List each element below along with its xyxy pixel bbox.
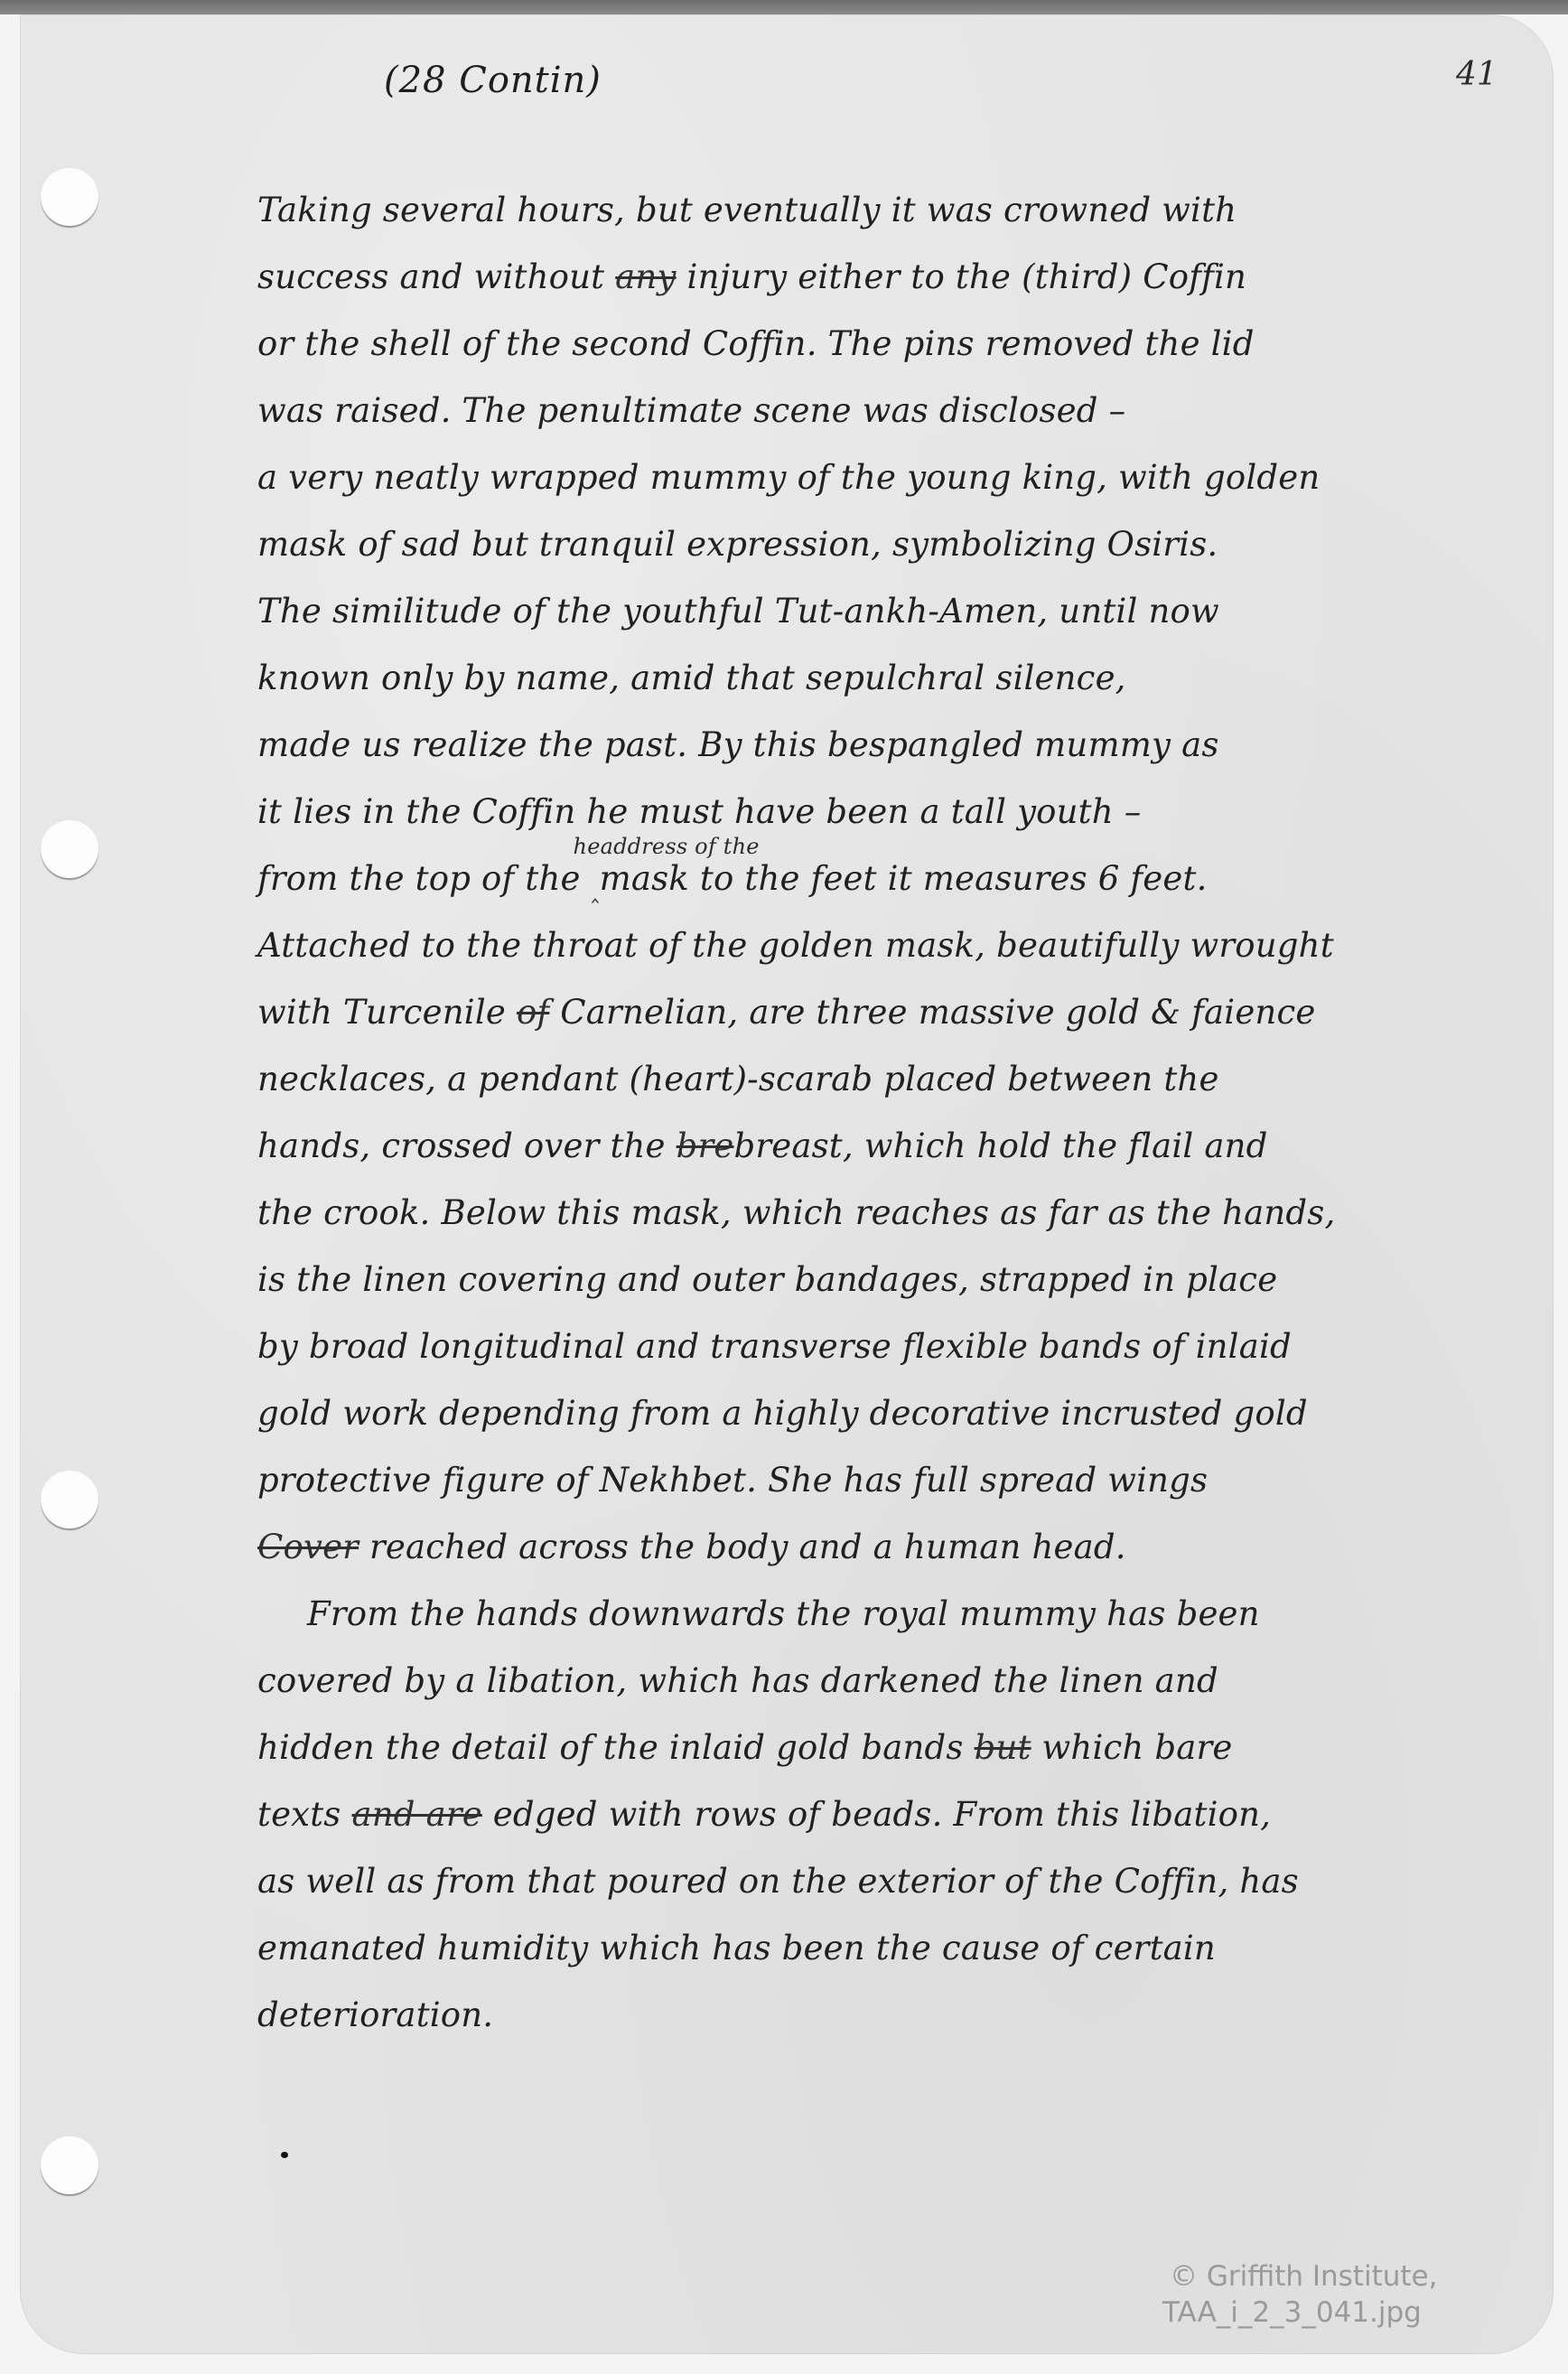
text-segment: breast, which hold the flail and xyxy=(733,1126,1267,1165)
struck-text: Cover xyxy=(257,1528,359,1566)
interlinear-insertion: headdress of the xyxy=(574,836,760,857)
text-segment: made us realize the past. By this bespan… xyxy=(257,725,1219,764)
text-segment: success and without xyxy=(257,257,615,296)
text-segment: gold work depending from a highly decora… xyxy=(257,1394,1308,1433)
text-segment: The similitude of the youthful Tut-ankh-… xyxy=(257,592,1219,631)
text-segment: Taking several hours, but eventually it … xyxy=(257,191,1237,229)
text-segment: hidden the detail of the inlaid gold ban… xyxy=(257,1728,975,1767)
text-segment: which bare xyxy=(1031,1728,1233,1767)
text-line: From the hands downwards the royal mummy… xyxy=(257,1581,1486,1648)
text-segment: texts xyxy=(257,1795,351,1834)
text-line: was raised. The penultimate scene was di… xyxy=(257,378,1486,444)
scan-top-band xyxy=(0,0,1568,14)
handwritten-body-text: Taking several hours, but eventually it … xyxy=(257,177,1486,2049)
text-segment: deterioration. xyxy=(257,1995,493,2034)
page-number: 41 xyxy=(1456,56,1498,93)
text-line: protective figure of Nekhbet. She has fu… xyxy=(257,1447,1486,1514)
text-line: hidden the detail of the inlaid gold ban… xyxy=(257,1715,1486,1781)
struck-text: but xyxy=(975,1728,1031,1767)
continuation-note: (28 Contin) xyxy=(384,60,602,101)
text-segment: or the shell of the second Coffin. The p… xyxy=(257,324,1255,363)
text-line: Cover reached across the body and a huma… xyxy=(257,1514,1486,1581)
text-segment: from the top of the xyxy=(257,859,592,898)
text-line: necklaces, a pendant (heart)-scarab plac… xyxy=(257,1046,1486,1113)
text-line: mask of sad but tranquil expression, sym… xyxy=(257,511,1486,578)
text-line: the crook. Below this mask, which reache… xyxy=(257,1180,1486,1247)
punch-hole xyxy=(41,168,98,226)
text-line: deterioration. xyxy=(257,1982,1486,2049)
struck-text: any xyxy=(615,257,676,296)
text-segment: hands, crossed over the xyxy=(257,1126,677,1165)
text-segment: edged with rows of beads. From this liba… xyxy=(482,1795,1271,1834)
text-line: gold work depending from a highly decora… xyxy=(257,1380,1486,1447)
text-segment: Carnelian, are three massive gold & faie… xyxy=(549,993,1315,1032)
text-segment: emanated humidity which has been the cau… xyxy=(257,1929,1216,1967)
text-line: The similitude of the youthful Tut-ankh-… xyxy=(257,578,1486,645)
text-line: or the shell of the second Coffin. The p… xyxy=(257,311,1486,378)
text-segment: known only by name, amid that sepulchral… xyxy=(257,659,1126,697)
text-line: made us realize the past. By this bespan… xyxy=(257,712,1486,779)
struck-text: bre xyxy=(677,1126,734,1165)
text-segment: injury either to the (third) Coffin xyxy=(677,257,1247,296)
text-segment xyxy=(506,993,517,1032)
text-line: texts and are edged with rows of beads. … xyxy=(257,1781,1486,1848)
text-segment: by broad longitudinal and transverse fle… xyxy=(257,1327,1292,1366)
struck-text: of xyxy=(517,993,549,1032)
text-segment: Attached to the throat of the golden mas… xyxy=(257,926,1334,965)
text-line: as well as from that poured on the exter… xyxy=(257,1848,1486,1915)
text-segment: Turcenile xyxy=(343,993,506,1032)
text-segment: it lies in the Coffin he must have been … xyxy=(257,792,1141,831)
text-segment: protective figure of Nekhbet. She has fu… xyxy=(257,1461,1208,1500)
text-line: Attached to the throat of the golden mas… xyxy=(257,912,1486,979)
text-line: emanated humidity which has been the cau… xyxy=(257,1915,1486,1982)
struck-text: and are xyxy=(351,1795,481,1834)
text-line: from the top of the ‸headdress of themas… xyxy=(257,846,1486,912)
text-line: it lies in the Coffin he must have been … xyxy=(257,779,1486,846)
text-segment: a very neatly wrapped mummy of the young… xyxy=(257,458,1320,497)
text-line: is the linen covering and outer bandages… xyxy=(257,1247,1486,1313)
copyright-line: © Griffith Institute, xyxy=(1162,2258,1437,2295)
text-segment: necklaces, a pendant (heart)-scarab plac… xyxy=(257,1060,1219,1098)
text-segment: the crook. Below this mask, which reache… xyxy=(257,1193,1335,1232)
punch-hole xyxy=(41,2136,98,2194)
text-line: a very neatly wrapped mummy of the young… xyxy=(257,444,1486,511)
ink-spot xyxy=(281,2152,288,2158)
text-segment: From the hands downwards the royal mummy… xyxy=(307,1594,1260,1633)
inserted-word-anchor: ‸headdress of themask xyxy=(592,859,689,898)
text-segment: reached across the body and a human head… xyxy=(359,1528,1126,1566)
text-segment: with xyxy=(257,993,343,1032)
copyright-watermark: © Griffith Institute, TAA_i_2_3_041.jpg xyxy=(1162,2258,1437,2331)
text-segment: is the linen covering and outer bandages… xyxy=(257,1260,1277,1299)
text-line: known only by name, amid that sepulchral… xyxy=(257,645,1486,712)
text-segment: as well as from that poured on the exter… xyxy=(257,1862,1299,1901)
text-segment: was raised. The penultimate scene was di… xyxy=(257,391,1125,430)
text-line: hands, crossed over the brebreast, which… xyxy=(257,1113,1486,1180)
text-line: Taking several hours, but eventually it … xyxy=(257,177,1486,244)
text-segment: covered by a libation, which has darkene… xyxy=(257,1661,1218,1700)
text-line: with Turcenile of Carnelian, are three m… xyxy=(257,979,1486,1046)
text-line: covered by a libation, which has darkene… xyxy=(257,1648,1486,1715)
text-segment: to the feet it measures 6 feet. xyxy=(689,859,1208,898)
text-line: by broad longitudinal and transverse fle… xyxy=(257,1313,1486,1380)
text-line: success and without any injury either to… xyxy=(257,244,1486,311)
file-name-line: TAA_i_2_3_041.jpg xyxy=(1162,2295,1437,2331)
punch-hole xyxy=(41,820,98,878)
punch-hole xyxy=(41,1471,98,1528)
text-segment: mask of sad but tranquil expression, sym… xyxy=(257,525,1218,564)
insertion-caret-icon: ‸ xyxy=(592,876,600,903)
